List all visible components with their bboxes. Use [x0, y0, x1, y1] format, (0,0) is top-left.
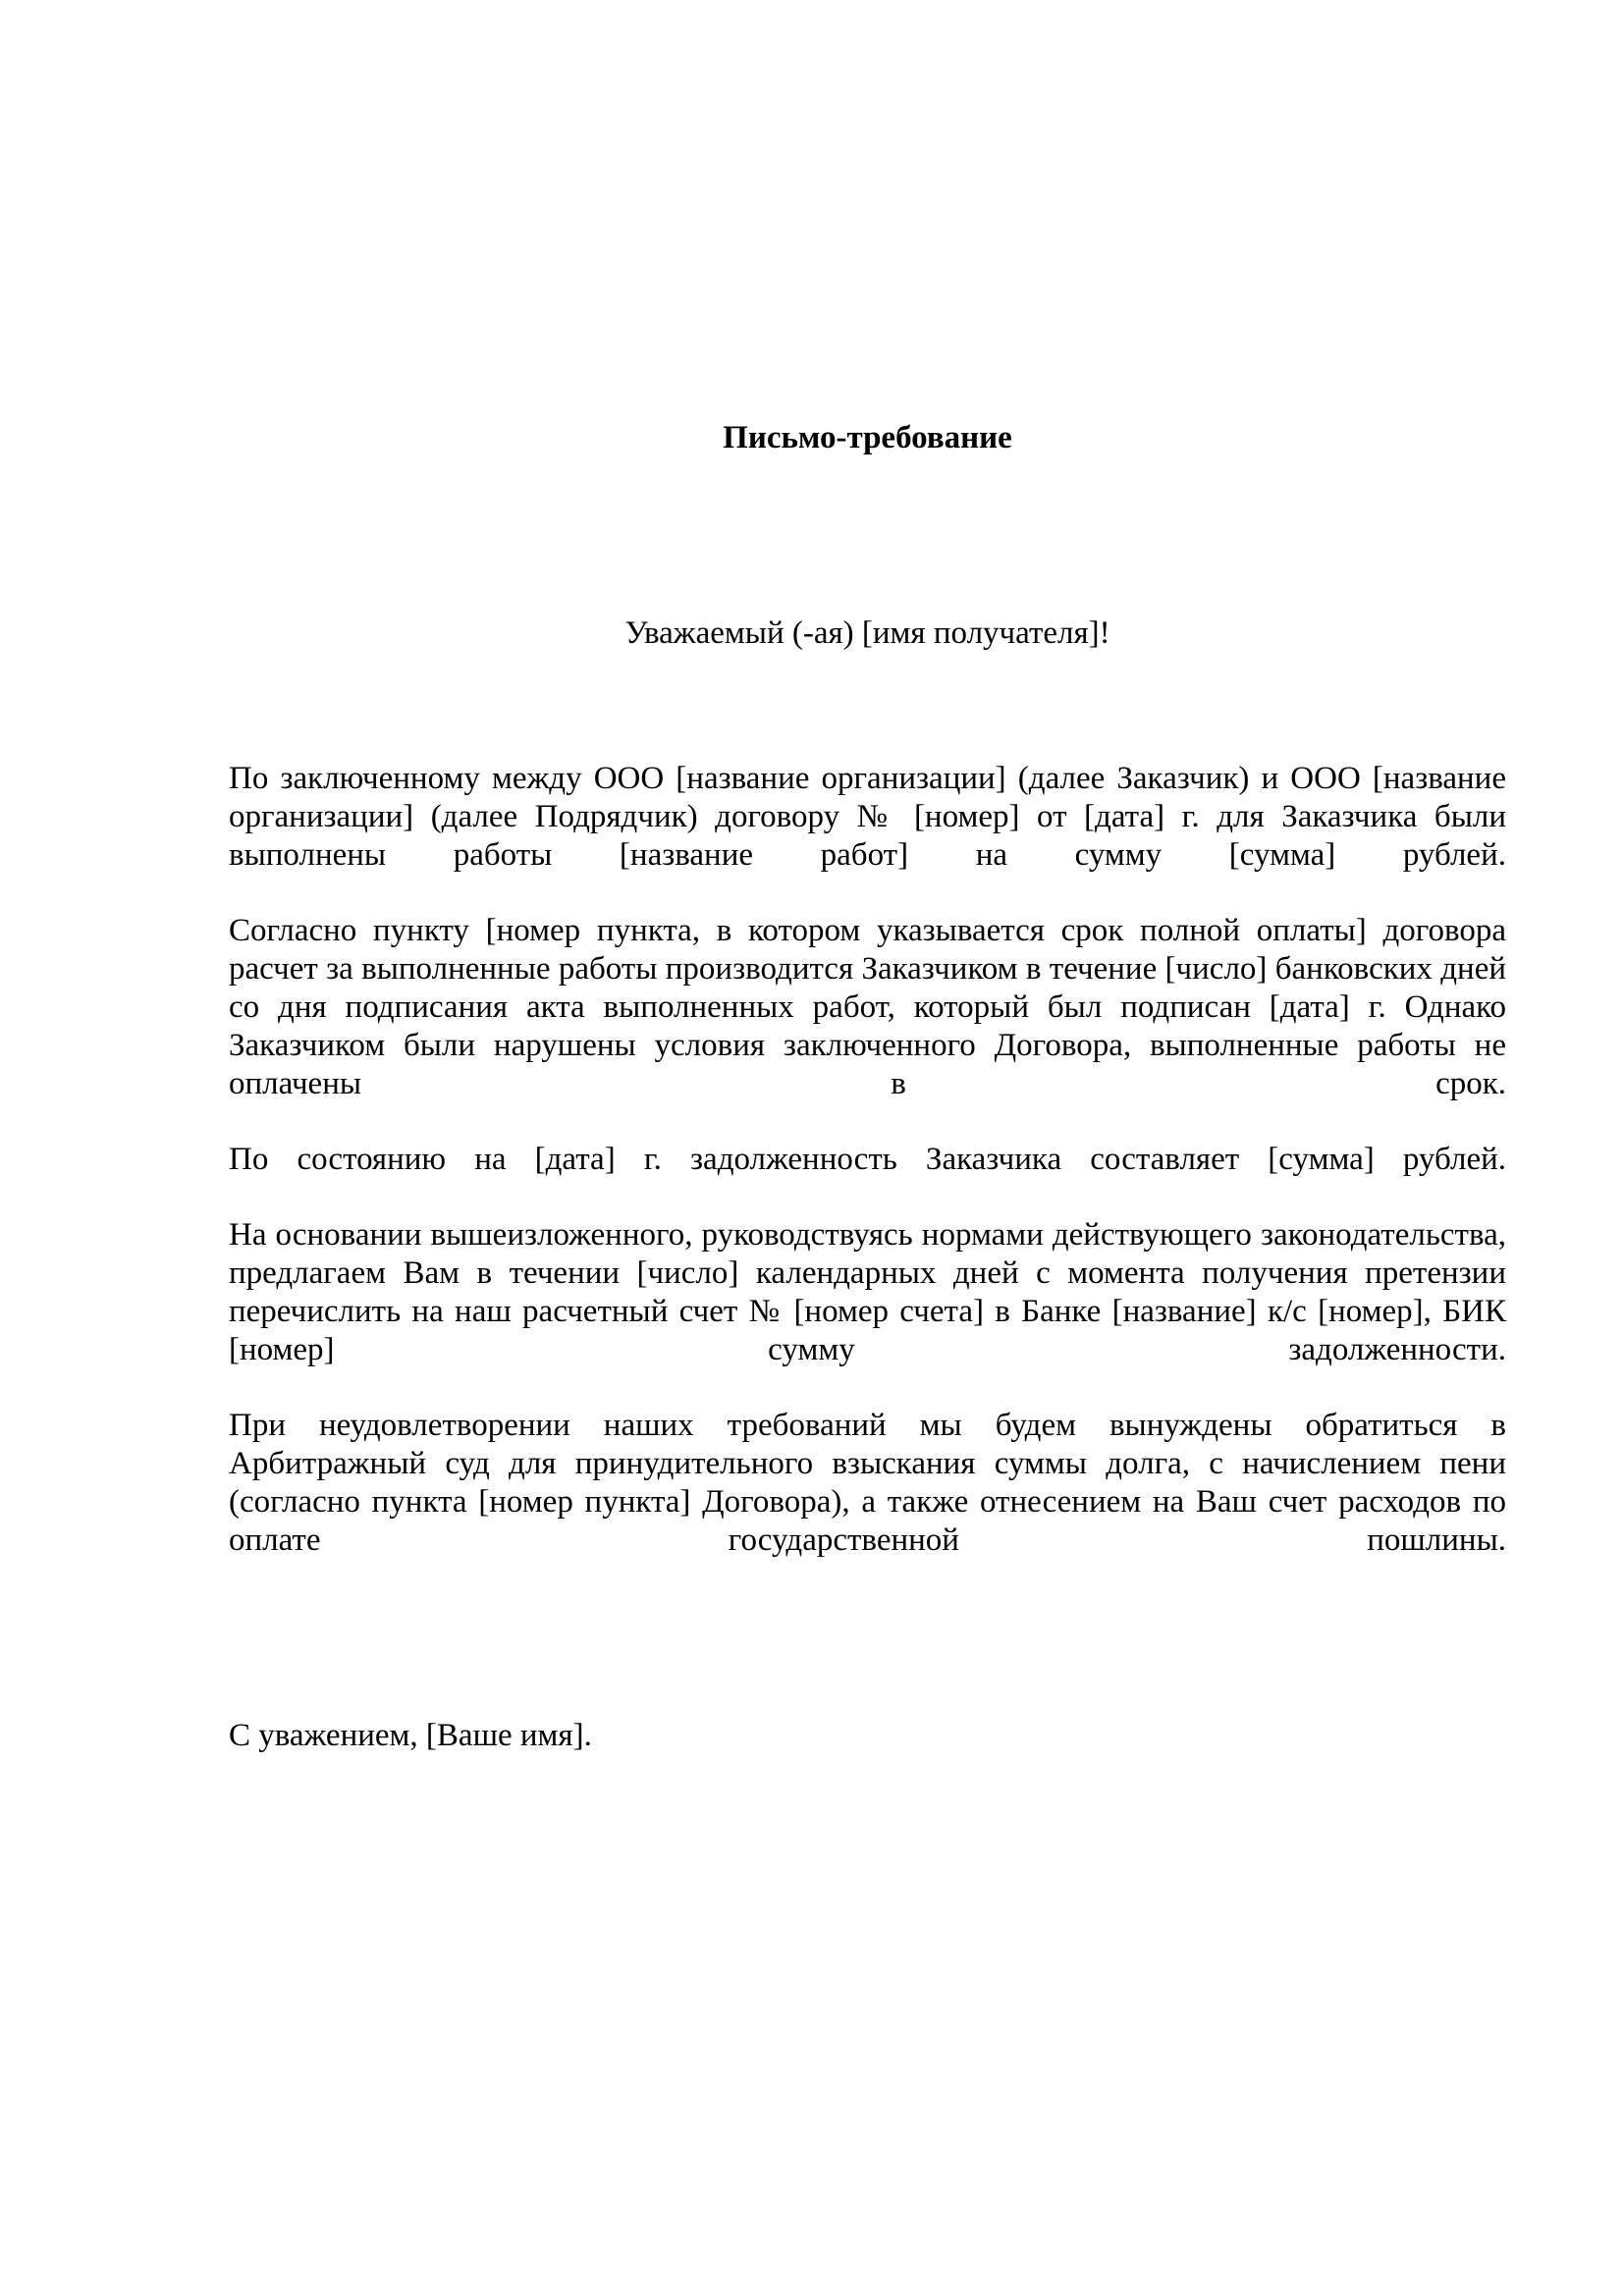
paragraph-debt-amount: По состоянию на [дата] г. задолженность … [229, 1141, 1506, 1179]
document-title: Письмо-требование [229, 419, 1506, 457]
paragraph-payment-terms-violation: Согласно пункту [номер пункта, в котором… [229, 912, 1506, 1103]
paragraph-payment-demand: На основании вышеизложенного, руководств… [229, 1216, 1506, 1369]
document-page: Письмо-требование Уважаемый (-ая) [имя п… [0, 0, 1623, 2296]
paragraph-court-warning: При неудовлетворении наших требований мы… [229, 1407, 1506, 1560]
salutation-line: Уважаемый (-ая) [имя получателя]! [229, 614, 1506, 653]
paragraph-contract-info: По заключенному между ООО [название орга… [229, 760, 1506, 875]
closing-signature: С уважением, [Ваше имя]. [229, 1717, 1506, 1755]
